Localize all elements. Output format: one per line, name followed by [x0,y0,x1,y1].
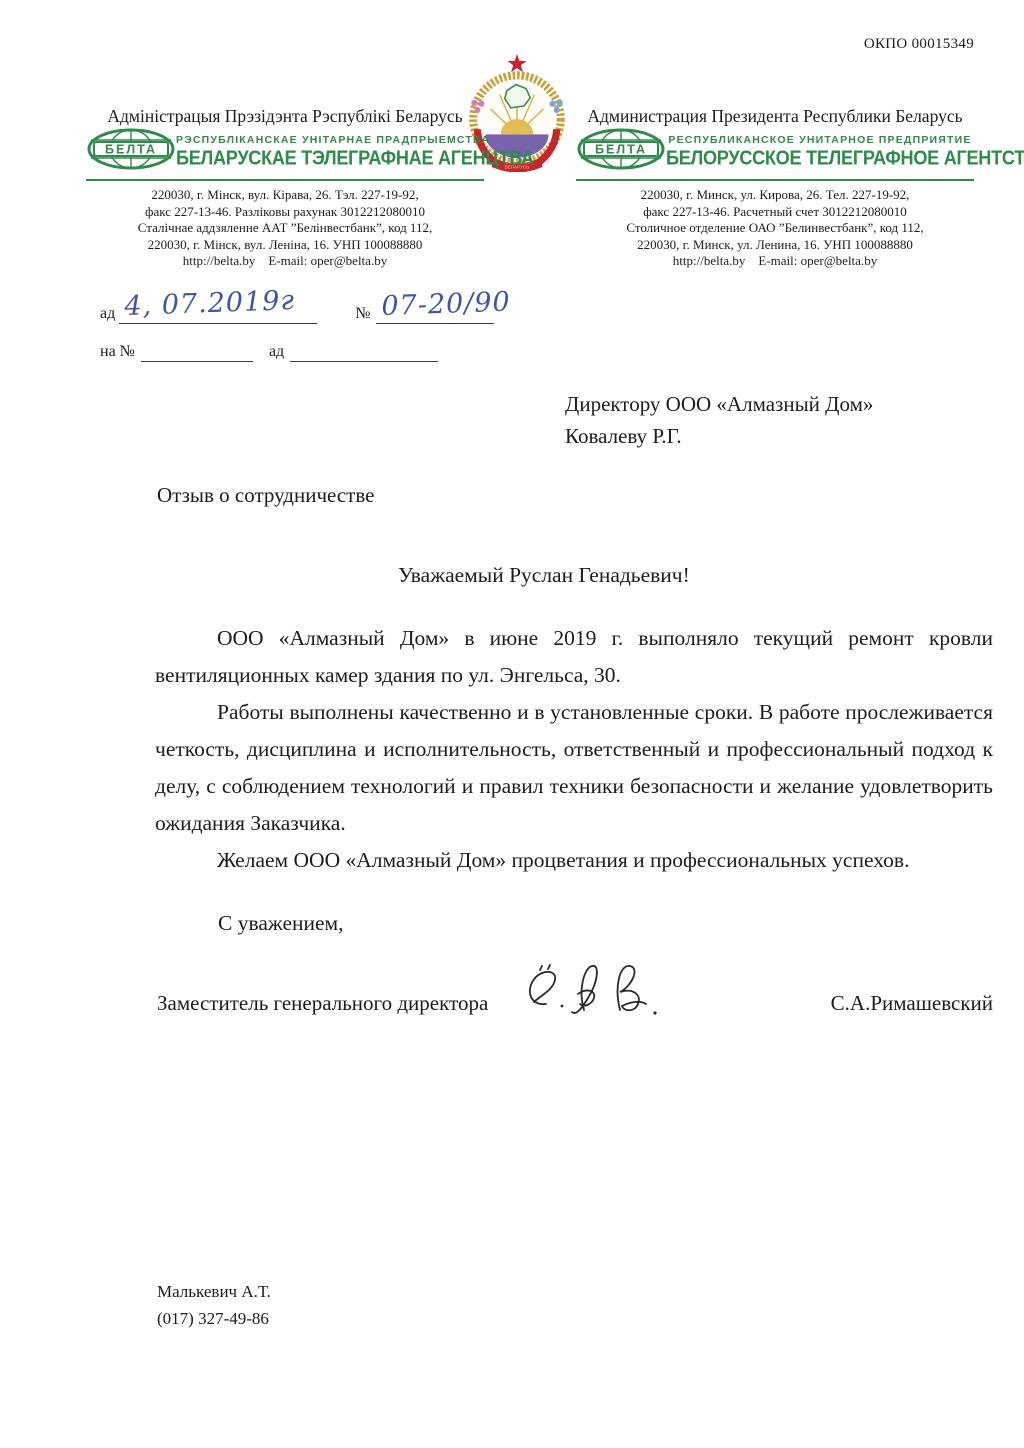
reply-date-field [290,337,438,362]
address-line: 220030, г. Минск, ул. Ленина, 16. УНП 10… [576,237,974,254]
belta-logo-text: БЕЛТА [595,143,647,157]
address-line: 220030, г. Минск, ул. Кирова, 26. Тел. 2… [576,187,974,204]
reply-number-field [141,337,253,362]
handwritten-signature-icon [516,958,691,1035]
recipient-line-1: Директору ООО «Алмазный Дом» [565,388,873,420]
closing-line: С уважением, [218,911,344,936]
signature-name: С.А.Римашевский [831,991,993,1016]
address-line: 220030, г. Мінск, вул. Кірава, 26. Тэл. … [86,187,484,204]
signature-title: Заместитель генерального директора [157,991,488,1016]
address-block-by: 220030, г. Мінск, вул. Кірава, 26. Тэл. … [86,187,484,270]
body-paragraph: ООО «Алмазный Дом» в июне 2019 г. выполн… [155,620,993,694]
ref-reply-from-label: ад [269,343,284,362]
unitary-line-by: РЭСПУБЛІКАНСКАЕ УНІТАРНАЕ ПРАДПРЫЕМСТВА [176,134,484,146]
address-line: Столичное отделение ОАО ”Белинвестбанк”,… [576,220,974,237]
admin-line-ru: Администрация Президента Республики Бела… [576,106,974,127]
contact-phone: (017) 327-49-86 [157,1305,271,1332]
ref-reply-no-label: на № [100,343,135,362]
address-line: 220030, г. Мінск, вул. Леніна, 16. УНП 1… [86,237,484,254]
body-paragraph: Желаем ООО «Алмазный Дом» процветания и … [155,842,993,879]
okpo-number: ОКПО 00015349 [864,36,974,53]
agency-name-by: БЕЛАРУСКАЕ ТЭЛЕГРАФНАЕ АГЕНЦТВА [176,146,478,171]
address-block-ru: 220030, г. Минск, ул. Кирова, 26. Тел. 2… [576,187,974,270]
reference-block: ад 4, 07.2019г № 07-20/90 на № ад [100,294,494,370]
belta-logo-icon: БЕЛТА [86,128,176,175]
signature-row: Заместитель генерального директора С.А.Р… [157,972,993,1035]
ref-from-label: ад [100,305,115,324]
letter-page: ОКПО 00015349 [0,0,1024,1448]
handwritten-date: 4, 07.2019г [124,285,296,322]
letter-body: ООО «Алмазный Дом» в июне 2019 г. выполн… [155,620,993,879]
handwritten-number: 07-20/90 [380,287,510,322]
contact-name: Малькевич А.Т. [157,1278,271,1305]
green-rule [86,179,484,181]
subject-line: Отзыв о сотрудничестве [157,483,374,508]
number-field: 07-20/90 [376,299,494,324]
address-line: факс 227-13-46. Расчетный счет 301221208… [576,204,974,221]
agency-name-ru: БЕЛОРУССКОЕ ТЕЛЕГРАФНОЕ АГЕНТСТВО [666,146,968,171]
admin-line-by: Адміністрацыя Прэзідэнта Рэспублікі Бела… [86,106,484,127]
letterhead-left: Адміністрацыя Прэзідэнта Рэспублікі Бела… [86,106,484,270]
belta-logo-text: БЕЛТА [105,143,157,157]
body-paragraph: Работы выполнены качественно и в установ… [155,694,993,842]
footer-contact: Малькевич А.Т. (017) 327-49-86 [157,1278,271,1332]
ref-number-label: № [355,305,370,324]
address-line: факс 227-13-46. Разліковы рахунак 301221… [86,204,484,221]
belta-logo-icon: БЕЛТА [576,128,666,175]
date-field: 4, 07.2019г [119,299,317,324]
address-line: Сталічнае аддзяленне ААТ ”Белінвестбанк”… [86,220,484,237]
address-line: http://belta.by E-mail: oper@belta.by [86,253,484,270]
unitary-line-ru: РЕСПУБЛИКАНСКОЕ УНИТАРНОЕ ПРЕДПРИЯТИЕ [666,134,974,146]
green-rule [576,179,974,181]
letterhead-right: Администрация Президента Республики Бела… [576,106,974,270]
address-line: http://belta.by E-mail: oper@belta.by [576,253,974,270]
recipient-block: Директору ООО «Алмазный Дом» Ковалеву Р.… [565,388,873,452]
salutation: Уважаемый Руслан Генадьевич! [398,563,690,588]
recipient-line-2: Ковалеву Р.Г. [565,420,873,452]
